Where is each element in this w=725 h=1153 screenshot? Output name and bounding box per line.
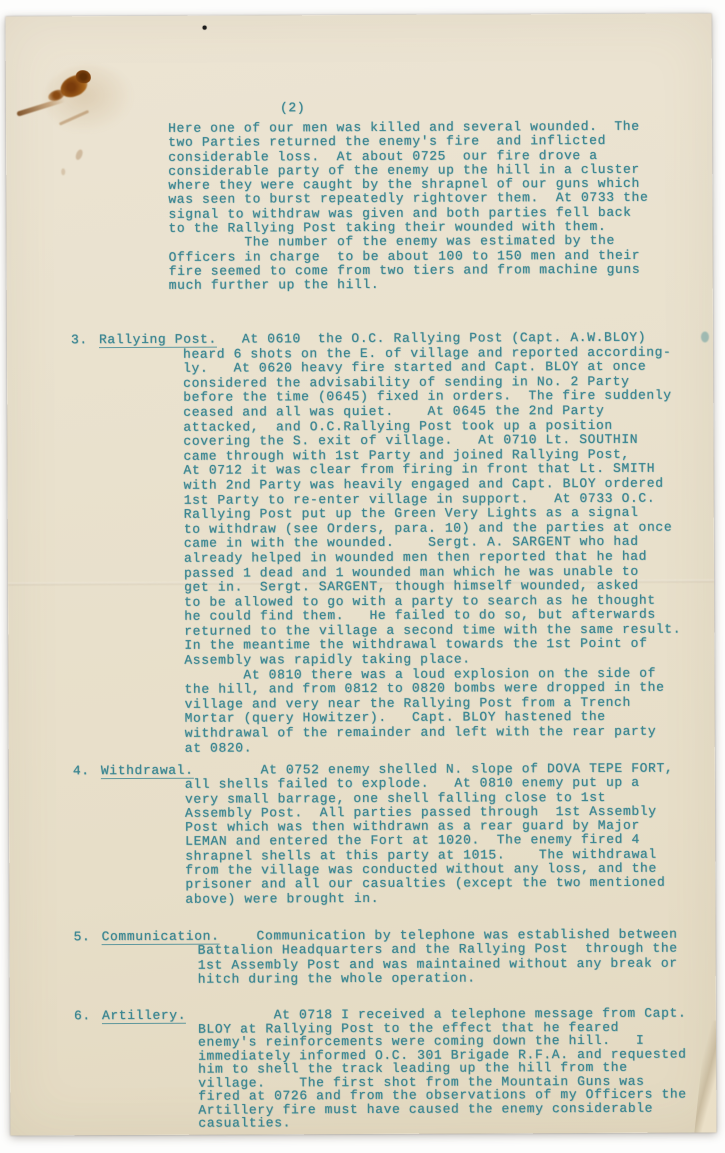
pinhole-dot xyxy=(203,26,207,30)
photo-backdrop: (2) Here one of our men was killed and s… xyxy=(0,0,725,1153)
stain-blob xyxy=(76,70,91,83)
intro-paragraph: Here one of our men was killed and sever… xyxy=(168,120,649,294)
document-page: (2) Here one of our men was killed and s… xyxy=(6,13,717,1135)
stain-speck xyxy=(61,168,65,175)
section-body: At 0610 the O.C. Rallying Post (Capt. A.… xyxy=(183,331,682,756)
section-body: At 0752 enemy shelled N. slope of DOVA T… xyxy=(185,762,674,907)
section-communication: 5. Communication. Communication by telep… xyxy=(10,927,716,930)
section-rallying-post: 3. Rallying Post. At 0610 the O.C. Rally… xyxy=(7,330,713,333)
section-body: Communication by telephone was establish… xyxy=(198,928,678,987)
page-number: (2) xyxy=(280,101,305,115)
section-artillery: 6. Artillery. At 0718 I received a telep… xyxy=(10,1006,716,1009)
torn-corner xyxy=(694,1020,716,1132)
section-number: 6. xyxy=(74,1009,91,1023)
section-title: Withdrawal. xyxy=(101,764,194,780)
section-number: 5. xyxy=(74,930,91,944)
stain-speck xyxy=(74,149,84,161)
section-number: 4. xyxy=(73,764,90,778)
section-withdrawal: 4. Withdrawal. At 0752 enemy shelled N. … xyxy=(9,761,715,764)
ink-blot xyxy=(701,331,709,342)
section-body: At 0718 I received a telephone message f… xyxy=(198,1007,687,1131)
section-title: Artillery. xyxy=(102,1009,186,1025)
section-number: 3. xyxy=(71,333,88,347)
